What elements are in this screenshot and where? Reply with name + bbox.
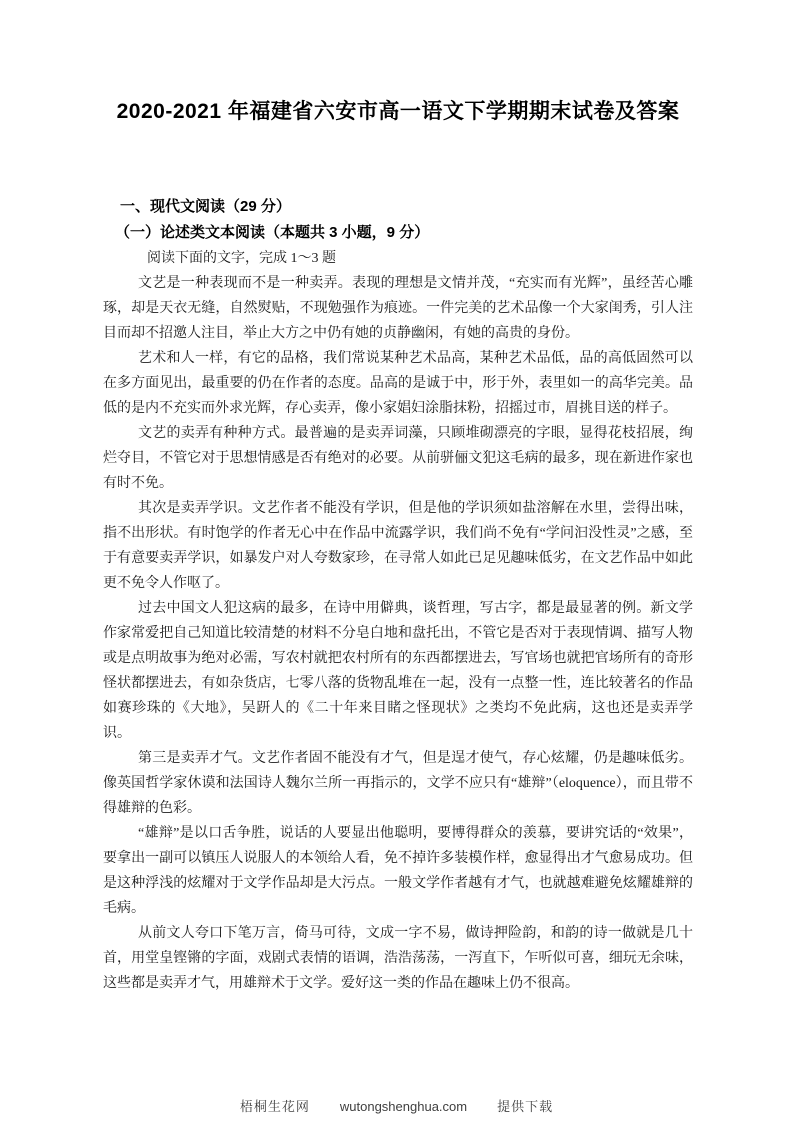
essay-text: 文艺是一种表现而不是一种卖弄。表现的理想是文情并茂，“充实而有光辉”，虽经苦心雕… [103, 271, 693, 996]
essay-paragraph-4: 其次是卖弄学识。文艺作者不能没有学识，但是他的学识须如盐溶解在水里，尝得出味，指… [103, 496, 693, 596]
page-footer: 梧桐生花网 wutongshenghua.com 提供下载 [0, 1096, 793, 1115]
footer-site-url: wutongshenghua.com [340, 1099, 467, 1114]
essay-paragraph-8: 从前文人夸口下笔万言，倚马可待，文成一字不易，做诗押险韵，和韵的诗一做就是几十首… [103, 921, 693, 996]
essay-paragraph-1: 文艺是一种表现而不是一种卖弄。表现的理想是文情并茂，“充实而有光辉”，虽经苦心雕… [103, 271, 693, 346]
subsection-heading-argumentative-reading: （一）论述类文本阅读（本题共 3 小题，9 分） [103, 220, 693, 246]
essay-paragraph-5: 过去中国文人犯这病的最多，在诗中用僻典，谈哲理，写古字，都是最显著的例。新文学作… [103, 596, 693, 746]
footer-site-name: 梧桐生花网 [240, 1096, 310, 1115]
document-body: 一、现代文阅读（29 分） （一）论述类文本阅读（本题共 3 小题，9 分） 阅… [103, 194, 693, 996]
document-title: 2020-2021 年福建省六安市高一语文下学期期末试卷及答案 [103, 0, 693, 127]
reading-instruction: 阅读下面的文字，完成 1～3 题 [103, 246, 693, 271]
exam-document-page: 2020-2021 年福建省六安市高一语文下学期期末试卷及答案 一、现代文阅读（… [0, 0, 793, 1122]
essay-paragraph-7: “雄辩”是以口舌争胜，说话的人要显出他聪明，要博得群众的羡慕，要讲究话的“效果”… [103, 821, 693, 921]
essay-paragraph-3: 文艺的卖弄有种种方式。最普遍的是卖弄词藻，只顾堆砌漂亮的字眼，显得花枝招展，绚烂… [103, 421, 693, 496]
footer-download-note: 提供下载 [497, 1096, 553, 1115]
essay-paragraph-6: 第三是卖弄才气。文艺作者固不能没有才气，但是逞才使气，存心炫耀，仍是趣味低劣。像… [103, 746, 693, 821]
essay-paragraph-2: 艺术和人一样，有它的品格，我们常说某种艺术品高，某种艺术品低，品的高低固然可以在… [103, 346, 693, 421]
section-heading-modern-reading: 一、现代文阅读（29 分） [103, 194, 693, 220]
